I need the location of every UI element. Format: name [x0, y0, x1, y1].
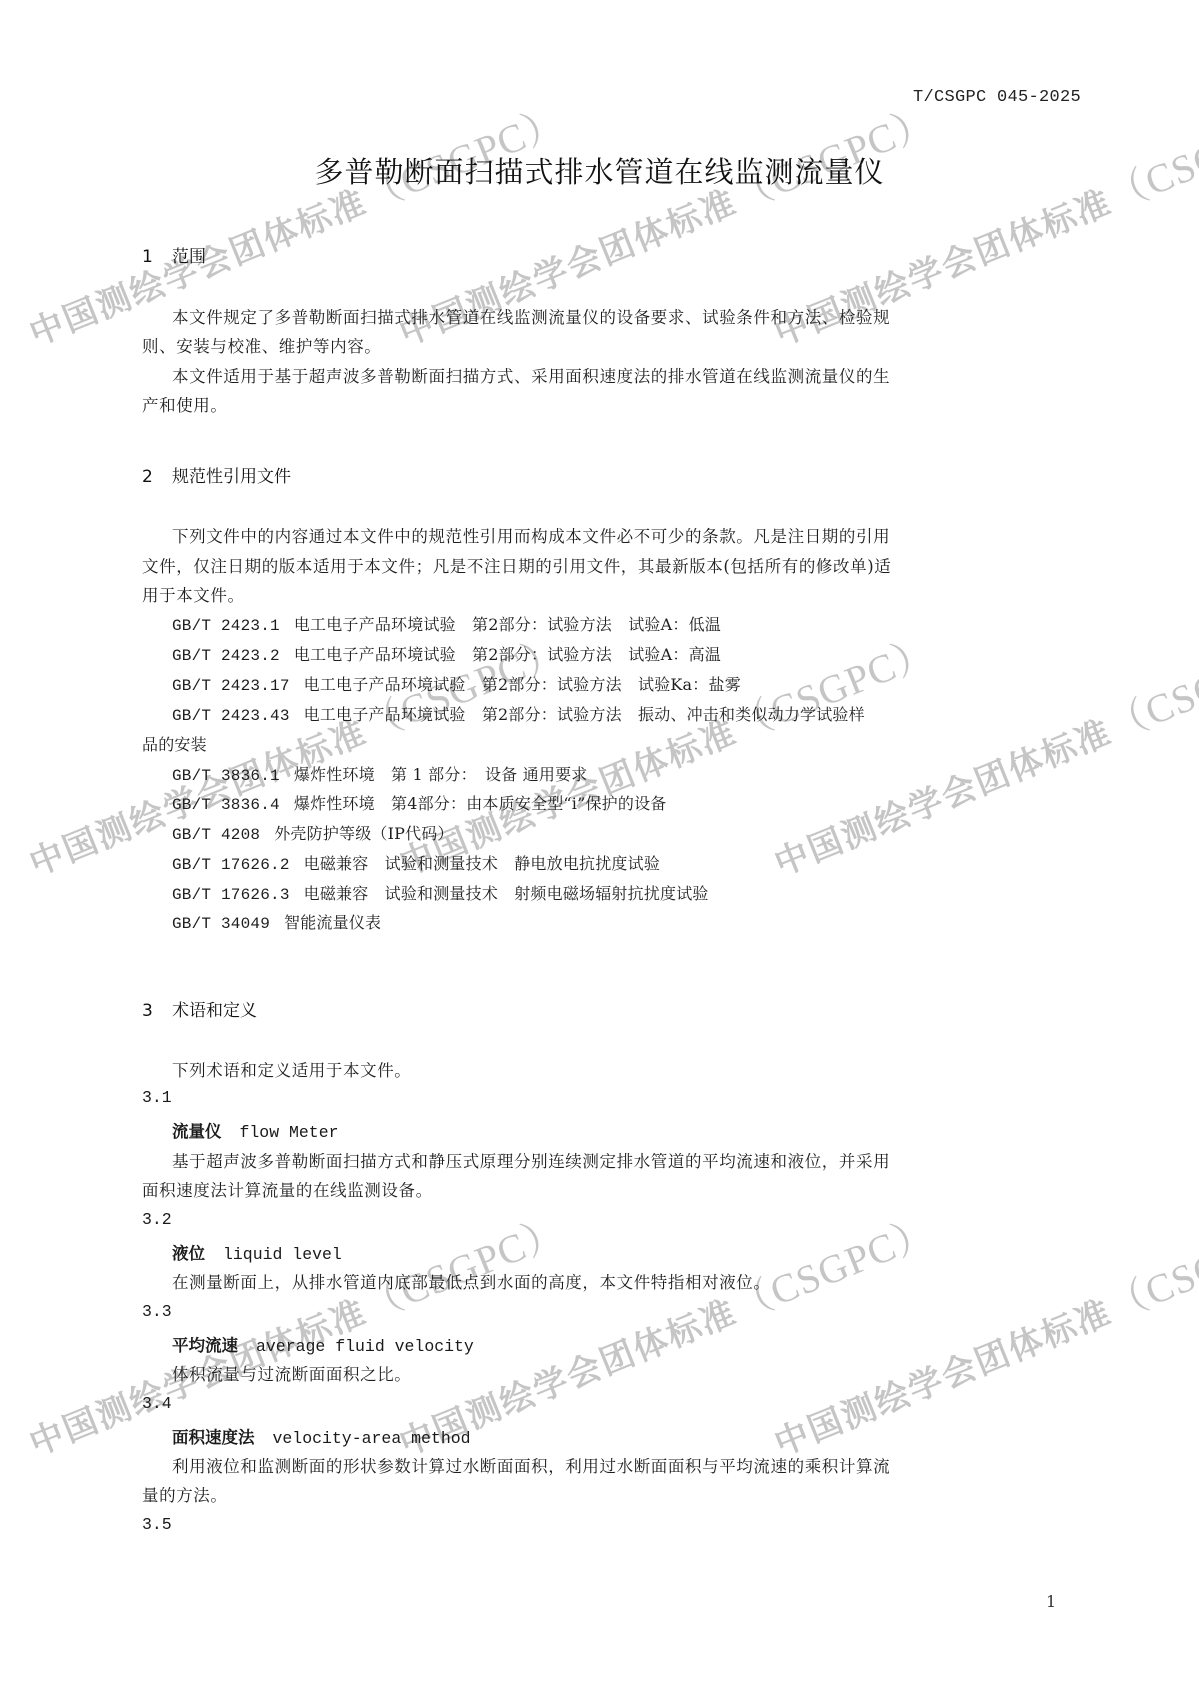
paragraph: 产和使用。: [142, 391, 228, 420]
reference-item-continuation: 品的安装: [142, 732, 207, 755]
reference-item: GB/T 3836.1爆炸性环境 第 1 部分： 设备 通用要求: [172, 762, 587, 785]
term-definition: 利用液位和监测断面的形状参数计算过水断面面积，利用过水断面面积与平均流速的乘积计…: [172, 1452, 890, 1481]
paragraph: 下列文件中的内容通过本文件中的规范性引用而构成本文件必不可少的条款。凡是注日期的…: [172, 522, 890, 551]
reference-item: GB/T 3836.4爆炸性环境 第4部分：由本质安全型“i”保护的设备: [172, 791, 667, 814]
term-heading: 面积速度法velocity-area method: [172, 1424, 471, 1448]
reference-item: GB/T 2423.2电工电子产品环境试验 第2部分：试验方法 试验A：高温: [172, 642, 721, 665]
paragraph: 则、安装与校准、维护等内容。: [142, 332, 381, 361]
document-title: 多普勒断面扫描式排水管道在线监测流量仪: [0, 150, 1199, 191]
term-number: 3.4: [142, 1394, 172, 1413]
term-definition: 量的方法。: [142, 1481, 228, 1510]
paragraph: 文件，仅注日期的版本适用于本文件；凡是不注日期的引用文件，其最新版本(包括所有的…: [142, 552, 891, 581]
term-definition: 体积流量与过流断面面积之比。: [172, 1360, 411, 1389]
reference-item: GB/T 34049智能流量仪表: [172, 910, 381, 933]
term-heading: 流量仪flow Meter: [172, 1118, 339, 1142]
reference-item: GB/T 2423.1电工电子产品环境试验 第2部分：试验方法 试验A：低温: [172, 612, 721, 635]
term-definition: 在测量断面上，从排水管道内底部最低点到水面的高度，本文件特指相对液位。: [172, 1268, 771, 1297]
term-definition: 基于超声波多普勒断面扫描方式和静压式原理分别连续测定排水管道的平均流速和液位，并…: [172, 1147, 890, 1176]
reference-item: GB/T 2423.17电工电子产品环境试验 第2部分：试验方法 试验Ka：盐雾: [172, 672, 741, 695]
section-heading-scope: 1范围: [142, 242, 206, 267]
paragraph: 本文件适用于基于超声波多普勒断面扫描方式、采用面积速度法的排水管道在线监测流量仪…: [172, 362, 890, 391]
term-heading: 平均流速average fluid velocity: [172, 1332, 474, 1356]
section-heading-normative-references: 2规范性引用文件: [142, 462, 291, 487]
term-number: 3.1: [142, 1088, 172, 1107]
term-number: 3.3: [142, 1302, 172, 1321]
term-definition: 面积速度法计算流量的在线监测设备。: [142, 1176, 433, 1205]
document-page: 中国测绘学会团体标准（CSGPC） 中国测绘学会团体标准（CSGPC） 中国测绘…: [0, 0, 1199, 1696]
term-heading: 液位liquid level: [172, 1240, 342, 1264]
term-number: 3.2: [142, 1210, 172, 1229]
reference-item: GB/T 2423.43电工电子产品环境试验 第2部分：试验方法 振动、冲击和类…: [172, 702, 865, 725]
watermark: 中国测绘学会团体标准（CSGPC）: [764, 1199, 1199, 1467]
paragraph: 下列术语和定义适用于本文件。: [172, 1056, 411, 1085]
reference-item: GB/T 4208外壳防护等级（IP代码）: [172, 821, 454, 844]
term-number: 3.5: [142, 1515, 172, 1534]
reference-item: GB/T 17626.3电磁兼容 试验和测量技术 射频电磁场辐射抗扰度试验: [172, 881, 709, 904]
page-number: 1: [1046, 1592, 1056, 1611]
paragraph: 用于本文件。: [142, 581, 245, 610]
paragraph: 本文件规定了多普勒断面扫描式排水管道在线监测流量仪的设备要求、试验条件和方法、检…: [172, 303, 890, 332]
standard-code: T/CSGPC 045-2025: [913, 88, 1081, 107]
watermark: 中国测绘学会团体标准（CSGPC）: [764, 619, 1199, 887]
section-heading-terms-definitions: 3术语和定义: [142, 996, 257, 1021]
reference-item: GB/T 17626.2电磁兼容 试验和测量技术 静电放电抗扰度试验: [172, 851, 660, 874]
